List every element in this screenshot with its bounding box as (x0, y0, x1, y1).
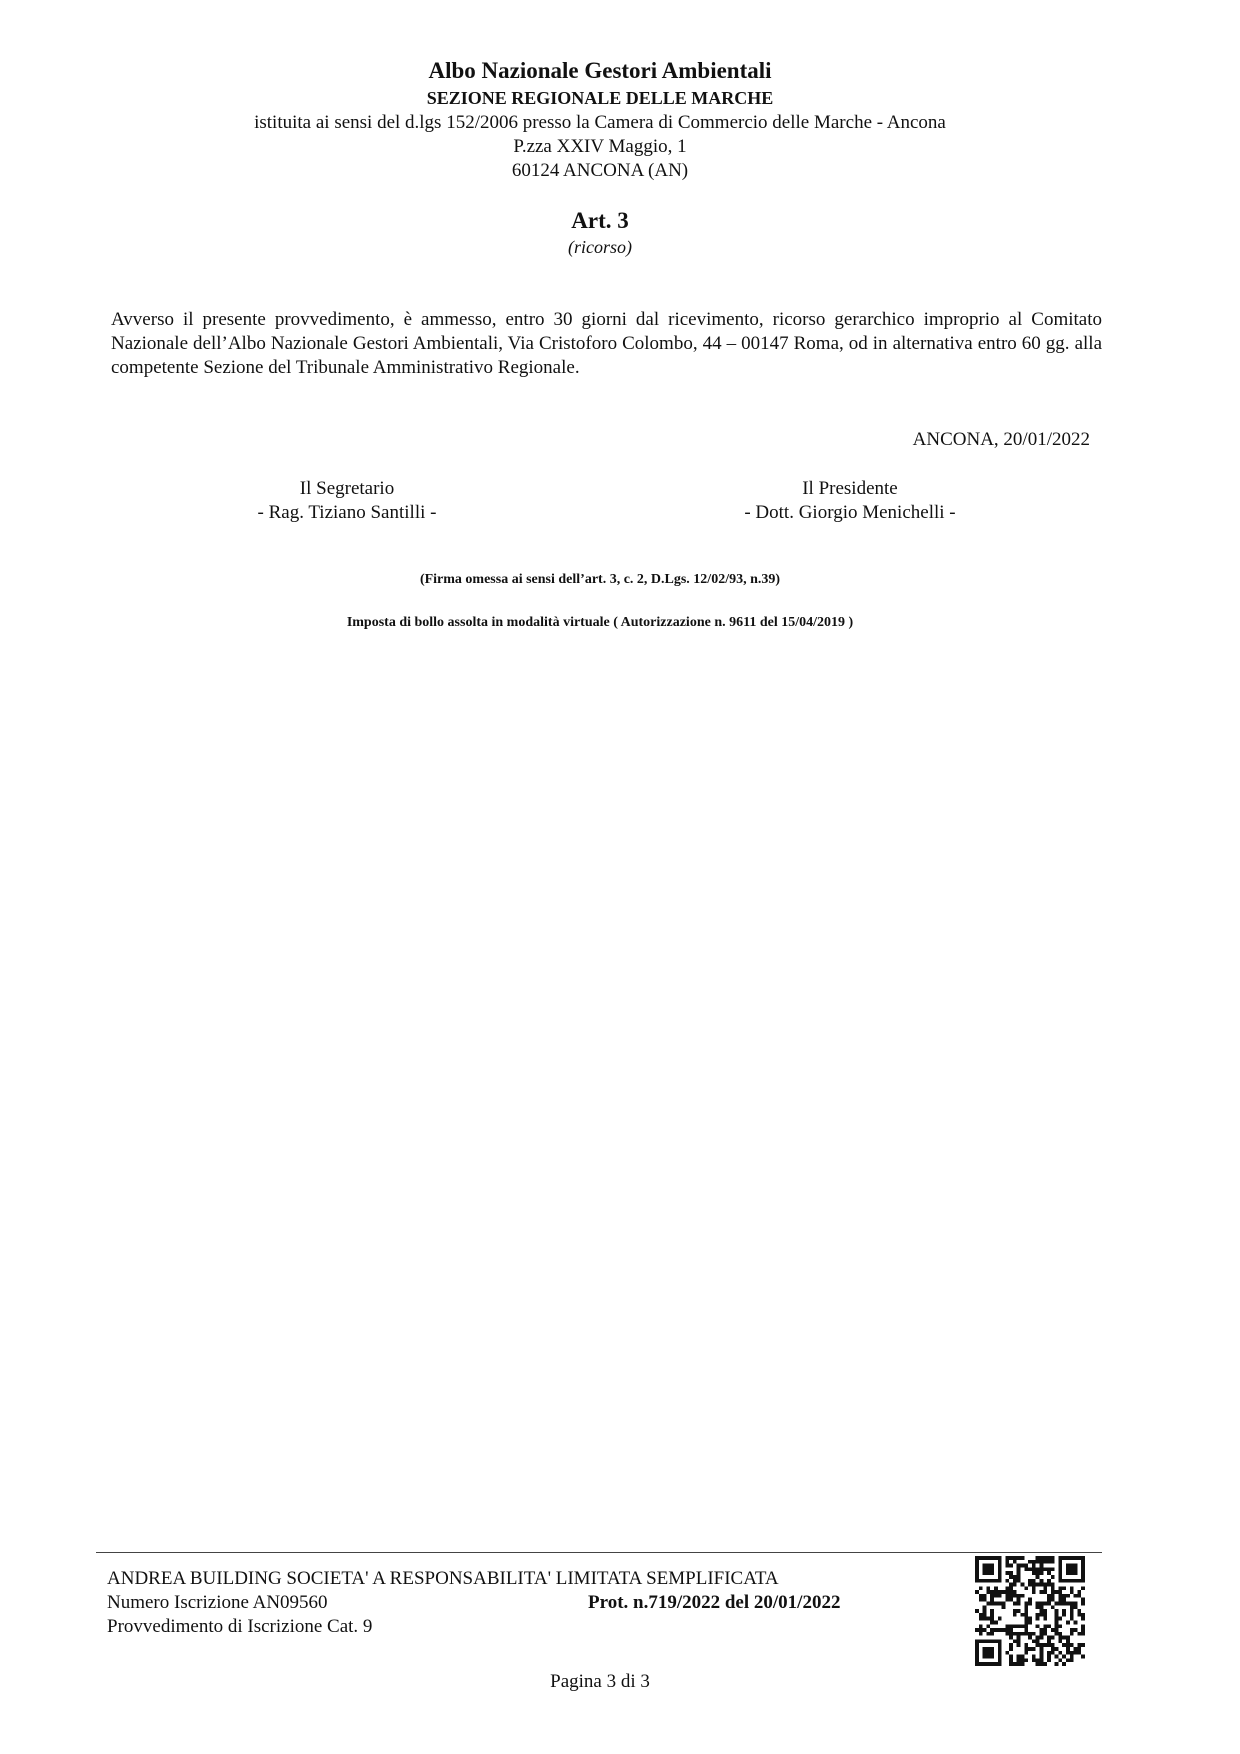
provision-category: Provvedimento di Iscrizione Cat. 9 (107, 1616, 372, 1638)
stamp-duty-note: Imposta di bollo assolta in modalità vir… (0, 615, 1200, 631)
protocol-number: Prot. n.719/2022 del 20/01/2022 (588, 1592, 840, 1614)
signature-name: - Dott. Giorgio Menichelli - (650, 501, 1050, 525)
signature-role: Il Segretario (147, 477, 547, 501)
signature-president: Il Presidente - Dott. Giorgio Menichelli… (650, 477, 1050, 525)
signature-role: Il Presidente (650, 477, 1050, 501)
article-subtitle: (ricorso) (0, 237, 1200, 258)
signature-name: - Rag. Tiziano Santilli - (147, 501, 547, 525)
article-title: Art. 3 (0, 208, 1200, 234)
address-street: P.zza XXIV Maggio, 1 (0, 136, 1200, 158)
place-date: ANCONA, 20/01/2022 (913, 429, 1090, 451)
address-city: 60124 ANCONA (AN) (0, 160, 1200, 182)
page-number: Pagina 3 di 3 (0, 1671, 1200, 1693)
company-name: ANDREA BUILDING SOCIETA' A RESPONSABILIT… (107, 1568, 779, 1590)
qr-code-icon (975, 1556, 1085, 1666)
signature-secretary: Il Segretario - Rag. Tiziano Santilli - (147, 477, 547, 525)
regional-section: SEZIONE REGIONALE DELLE MARCHE (0, 88, 1200, 109)
footer-divider (96, 1552, 1102, 1553)
authority-title: Albo Nazionale Gestori Ambientali (0, 58, 1200, 84)
signature-omitted-note: (Firma omessa ai sensi dell’art. 3, c. 2… (0, 572, 1200, 588)
registration-number: Numero Iscrizione AN09560 (107, 1592, 328, 1614)
article-body: Avverso il presente provvedimento, è amm… (111, 308, 1102, 380)
institution-line: istituita ai sensi del d.lgs 152/2006 pr… (0, 112, 1200, 134)
